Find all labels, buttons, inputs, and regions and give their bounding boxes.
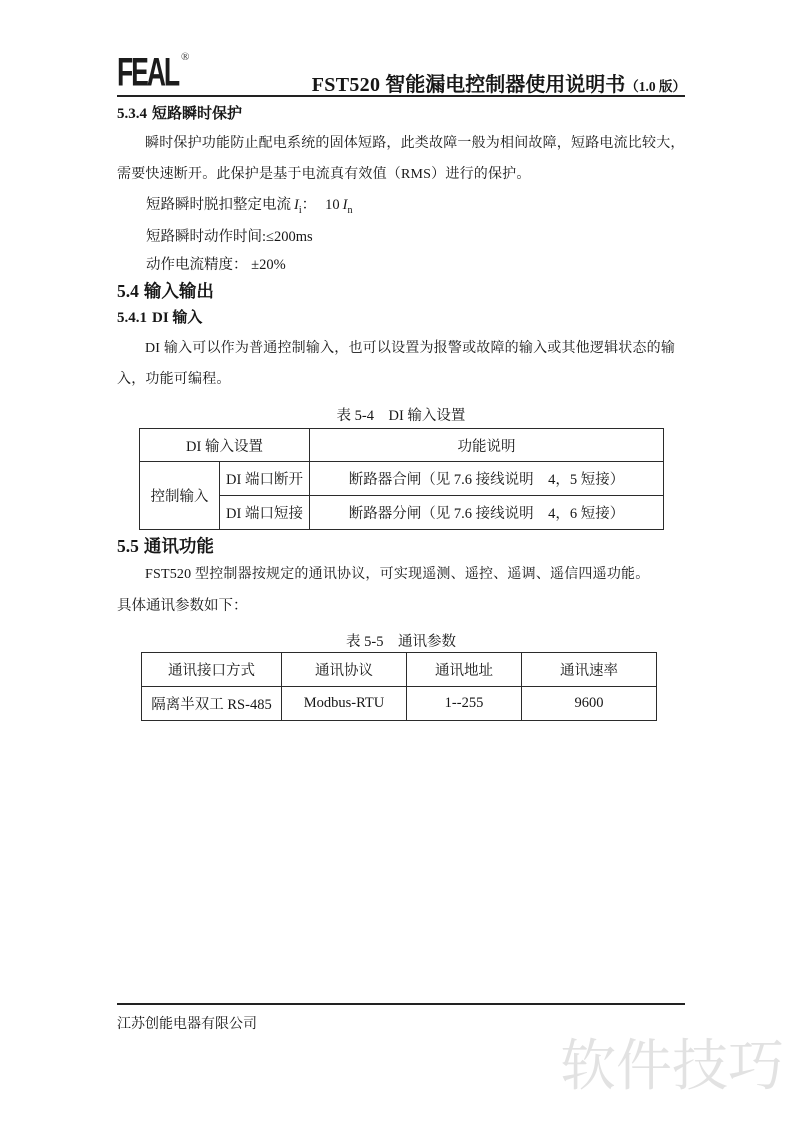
cell-setting: DI 端口断开 [220,462,310,496]
cell-description: 断路器分闸（见 7.6 接线说明 4，6 短接） [310,496,664,530]
document-title: FST520 智能漏电控制器使用说明书（1.0 版） [312,68,686,97]
paragraph-comm-params-intro: 具体通讯参数如下： [117,594,248,615]
cell-protocol: Modbus-RTU [282,687,407,721]
spec-colon: ： [302,197,317,213]
header-cell-interface: 通讯接口方式 [142,653,282,687]
heading-label: 输入输出 [144,281,214,301]
logo-text: FEAL [117,53,178,93]
header-cell-baudrate: 通讯速率 [522,653,657,687]
cell-description: 断路器合闸（见 7.6 接线说明 4，5 短接） [310,462,664,496]
heading-number: 5.4 [117,281,139,301]
header-cell-protocol: 通讯协议 [282,653,407,687]
current-symbol: I [291,197,299,213]
heading-number: 5.4.1 [117,310,147,326]
heading-number: 5.3.4 [117,106,147,122]
spec-value: 10 [325,197,340,213]
section-heading-5-4-1: 5.4.1DI 输入 [117,309,202,328]
spec-list: 短路瞬时脱扣整定电流Ii：10In 短路瞬时动作时间:≤200ms 动作电流精度… [117,192,352,279]
cell-row-group: 控制输入 [140,462,220,530]
table-row: 隔离半双工 RS-485 Modbus-RTU 1--255 9600 [142,687,657,721]
table-5-4-caption: 表 5-4 DI 输入设置 [117,404,685,425]
table-5-4: DI 输入设置 功能说明 控制输入 DI 端口断开 断路器合闸（见 7.6 接线… [139,428,664,530]
table-5-5: 通讯接口方式 通讯协议 通讯地址 通讯速率 隔离半双工 RS-485 Modbu… [141,652,657,721]
table-header-row: 通讯接口方式 通讯协议 通讯地址 通讯速率 [142,653,657,687]
cell-interface: 隔离半双工 RS-485 [142,687,282,721]
paragraph-di-input: DI 输入可以作为普通控制输入，也可以设置为报警或故障的输入或其他逻辑状态的输 … [117,334,697,395]
feal-logo: FEAL ® [117,53,207,95]
heading-label: 通讯功能 [144,536,214,556]
title-model: FST520 [312,74,380,96]
footer-company-name: 江苏创能电器有限公司 [117,1013,257,1033]
table-5-5-caption: 表 5-5 通讯参数 [117,630,685,651]
cell-setting: DI 端口短接 [220,496,310,530]
section-heading-5-5: 5.5通讯功能 [117,536,214,557]
paragraph-instantaneous-protection: 瞬时保护功能防止配电系统的固体短路，此类故障一般为相间故障，短路电流比较大， 需… [117,128,697,190]
spec-action-time: 短路瞬时动作时间:≤200ms [146,224,352,252]
header-divider [117,95,685,97]
heading-label: DI 输入 [152,310,202,326]
table-header-row: DI 输入设置 功能说明 [140,429,664,462]
table-row: 控制输入 DI 端口断开 断路器合闸（见 7.6 接线说明 4，5 短接） [140,462,664,496]
header-cell-di-setting: DI 输入设置 [140,429,310,462]
spec-current-accuracy: 动作电流精度： ±20% [146,252,352,280]
title-text: 智能漏电控制器使用说明书 [380,74,625,96]
cell-baudrate: 9600 [522,687,657,721]
heading-number: 5.5 [117,536,139,556]
paragraph-communication: FST520 型控制器按规定的通讯协议，可实现遥测、遥控、遥调、遥信四遥功能。 [117,560,697,590]
section-heading-5-3-4: 5.3.4短路瞬时保护 [117,105,242,124]
spec-trip-current: 短路瞬时脱扣整定电流Ii：10In [146,192,352,224]
section-heading-5-4: 5.4输入输出 [117,281,214,302]
footer-divider [117,1003,685,1005]
cell-address: 1--255 [407,687,522,721]
rated-current-subscript: n [347,205,352,216]
registered-trademark-icon: ® [181,51,189,63]
spec-label: 短路瞬时脱扣整定电流 [146,197,291,213]
watermark-text: 软件技巧 [560,1036,784,1098]
title-version: （1.0 版） [625,79,686,94]
manual-page: FEAL ® FST520 智能漏电控制器使用说明书（1.0 版） 5.3.4短… [0,0,800,1132]
header-cell-address: 通讯地址 [407,653,522,687]
header-cell-function: 功能说明 [310,429,664,462]
heading-label: 短路瞬时保护 [152,106,242,122]
